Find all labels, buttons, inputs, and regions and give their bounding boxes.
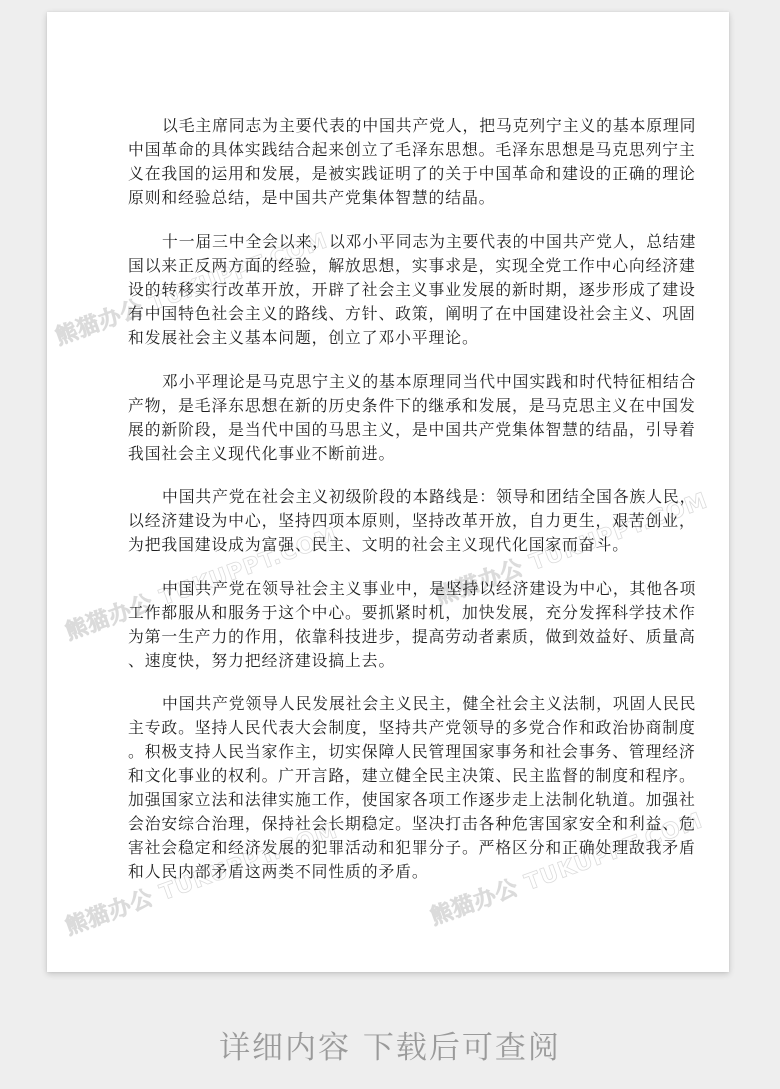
text-line: 为把我国建设成为富强、民主、文明的社会主义现代化国家而奋斗。 xyxy=(128,533,640,557)
text-line: 和文化事业的权利。广开言路，建立健全民主决策、民主监督的制度和程序。 xyxy=(128,764,640,788)
text-line: 中国共产党在领导社会主义事业中，是坚持以经济建设为中心，其他各项 xyxy=(128,577,640,601)
paragraph-socialist-democracy: 中国共产党领导人民发展社会主义民主，健全社会主义法制，巩固人民民 主专政。坚持人… xyxy=(128,692,640,884)
text-line: 我国社会主义现代化事业不断前进。 xyxy=(128,442,640,466)
paragraph-mao-zedong-thought: 以毛主席同志为主要代表的中国共产党人，把马克列宁主义的基本原理同 中国革命的具体… xyxy=(128,114,640,210)
paragraph-basic-line: 中国共产党在社会主义初级阶段的本路线是：领导和团结全国各族人民， 以经济建设为中… xyxy=(128,485,640,557)
text-line: 原则和经验总结，是中国共产党集体智慧的结晶。 xyxy=(128,186,640,210)
text-line: 中国革命的具体实践结合起来创立了毛泽东思想。毛泽东思想是马克思列宁主 xyxy=(128,138,640,162)
text-line: 国以来正反两方面的经验，解放思想，实事求是，实现全党工作中心向经济建 xyxy=(128,254,640,278)
text-line: 。积极支持人民当家作主，切实保障人民管理国家事务和社会事务、管理经济 xyxy=(128,740,640,764)
text-line: 邓小平理论是马克思宁主义的基本原理同当代中国实践和时代特征相结合 xyxy=(128,370,640,394)
text-line: 害社会稳定和经济发展的犯罪活动和犯罪分子。严格区分和正确处理敌我矛盾 xyxy=(128,836,640,860)
paragraph-deng-xiaoping-theory: 邓小平理论是马克思宁主义的基本原理同当代中国实践和时代特征相结合 产物，是毛泽东… xyxy=(128,370,640,466)
document-page: 熊猫办公 TUKUPPT.COM 熊猫办公 TUKUPPT.COM 熊猫办公 T… xyxy=(47,12,729,972)
text-line: 义在我国的运用和发展，是被实践证明了的关于中国革命和建设的正确的理论 xyxy=(128,162,640,186)
paragraph-economic-construction: 中国共产党在领导社会主义事业中，是坚持以经济建设为中心，其他各项 工作都服从和服… xyxy=(128,577,640,673)
text-line: 和人民内部矛盾这两类不同性质的矛盾。 xyxy=(128,860,640,884)
text-line: 加强国家立法和法律实施工作，使国家各项工作逐步走上法制化轨道。加强社 xyxy=(128,788,640,812)
text-line: 有中国特色社会主义的路线、方针、政策，阐明了在中国建设社会主义、巩固 xyxy=(128,302,640,326)
text-line: 和发展社会主义基本问题，创立了邓小平理论。 xyxy=(128,326,640,350)
text-line: 中国共产党在社会主义初级阶段的本路线是：领导和团结全国各族人民， xyxy=(128,485,640,509)
text-line: 会治安综合治理，保持社会长期稳定。坚决打击各种危害国家安全和利益、危 xyxy=(128,812,640,836)
text-line: 主专政。坚持人民代表大会制度，坚持共产党领导的多党合作和政治协商制度 xyxy=(128,716,640,740)
text-line: 以毛主席同志为主要代表的中国共产党人，把马克列宁主义的基本原理同 xyxy=(128,114,640,138)
text-line: 十一届三中全会以来，以邓小平同志为主要代表的中国共产党人，总结建 xyxy=(128,230,640,254)
text-line: 以经济建设为中心，坚持四项本原则，坚持改革开放，自力更生，艰苦创业， xyxy=(128,509,640,533)
text-line: 展的新阶段，是当代中国的马思主义，是中国共产党集体智慧的结晶，引导着 xyxy=(128,418,640,442)
text-line: 产物，是毛泽东思想在新的历史条件下的继承和发展，是马克思主义在中国发 xyxy=(128,394,640,418)
download-hint-caption: 详细内容 下载后可查阅 xyxy=(0,1022,780,1067)
text-line: 中国共产党领导人民发展社会主义民主，健全社会主义法制，巩固人民民 xyxy=(128,692,640,716)
text-line: 工作都服从和服务于这个中心。要抓紧时机，加快发展，充分发挥科学技术作 xyxy=(128,601,640,625)
text-line: 、速度快，努力把经济建设搞上去。 xyxy=(128,649,640,673)
paragraph-deng-xiaoping-theory-origin: 十一届三中全会以来，以邓小平同志为主要代表的中国共产党人，总结建 国以来正反两方… xyxy=(128,230,640,350)
text-line: 为第一生产力的作用，依靠科技进步，提高劳动者素质，做到效益好、质量高 xyxy=(128,625,640,649)
text-line: 设的转移实行改革开放，开辟了社会主义事业发展的新时期，逐步形成了建设 xyxy=(128,278,640,302)
